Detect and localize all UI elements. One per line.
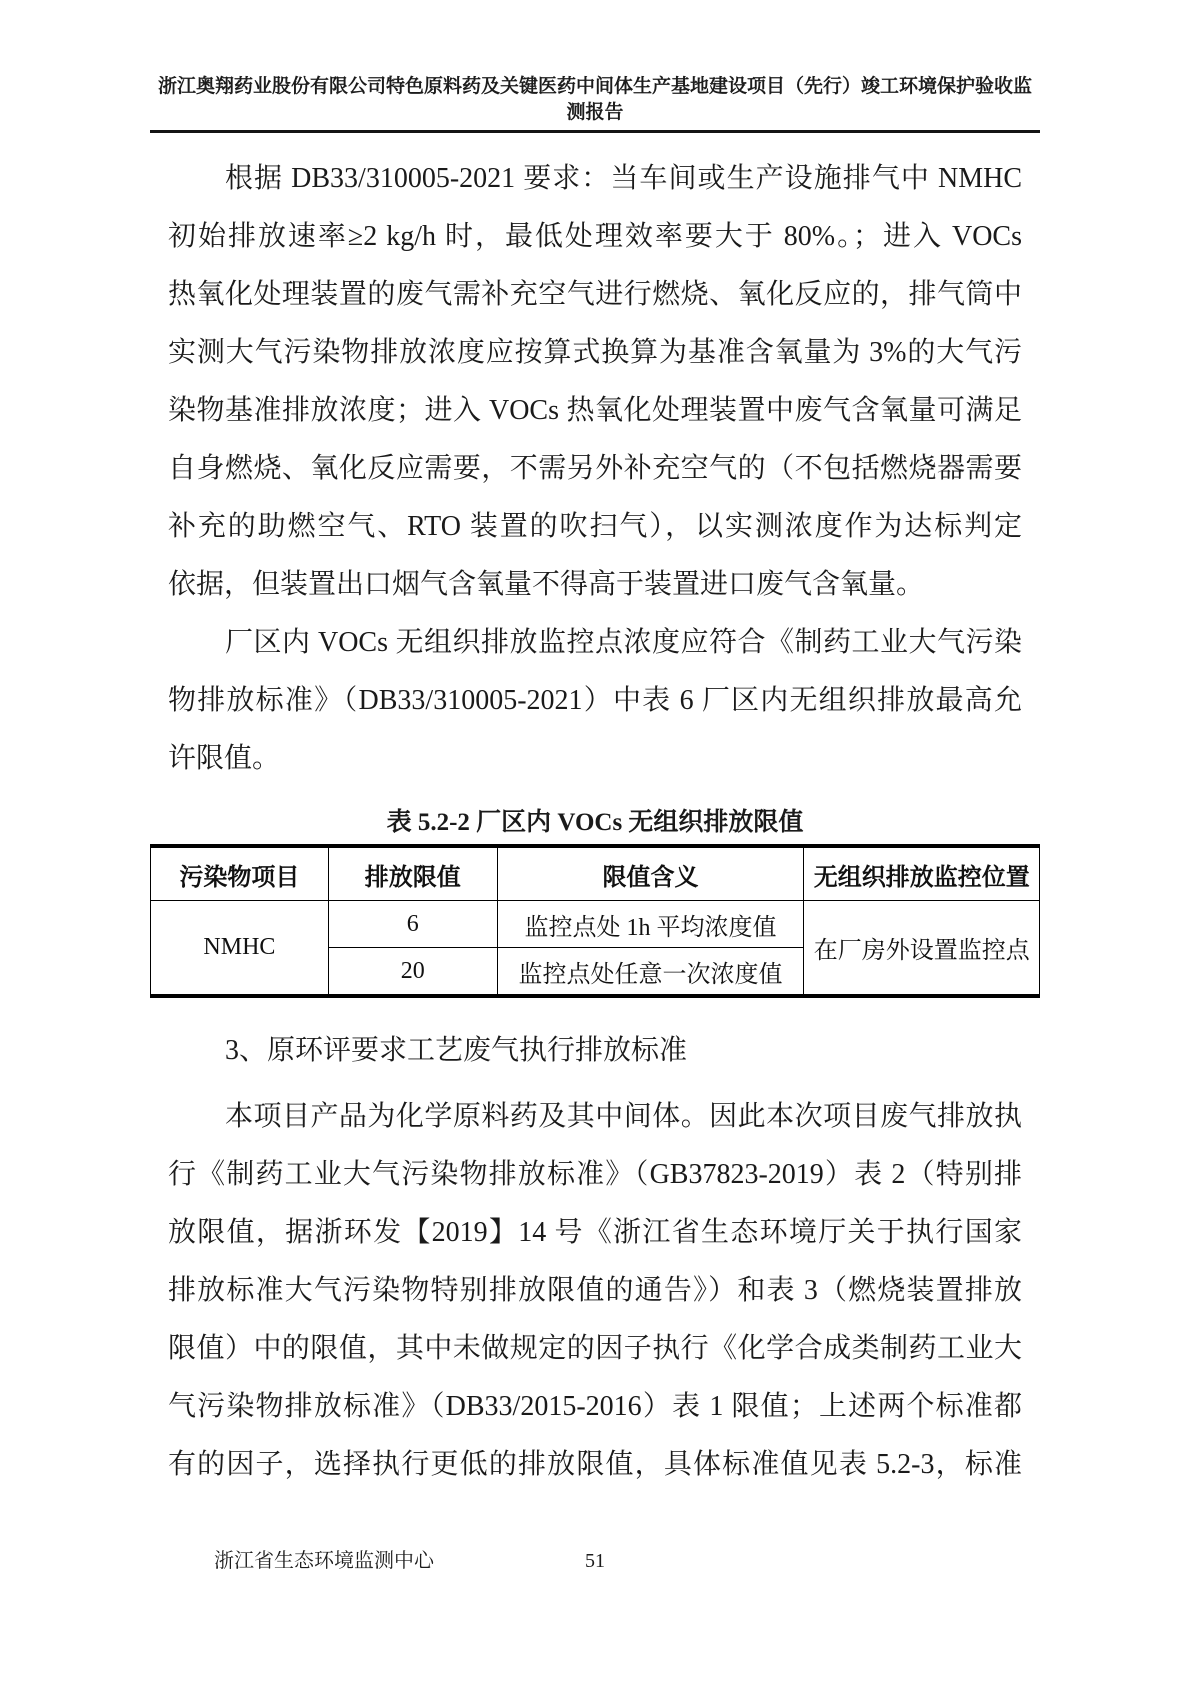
table-header-row: 污染物项目 排放限值 限值含义 无组织排放监控位置 bbox=[151, 846, 1040, 901]
paragraph-3: 本项目产品为化学原料药及其中间体。因此本次项目废气排放执 行《制药工业大气污染物… bbox=[168, 1088, 1022, 1494]
body-line: 厂区内 VOCs 无组织排放监控点浓度应符合《制药工业大气污染 bbox=[168, 614, 1022, 672]
voc-limits-table: 污染物项目 排放限值 限值含义 无组织排放监控位置 NMHC 6 监控点处 1h… bbox=[150, 844, 1040, 998]
section-heading-3: 3、原环评要求工艺废气执行排放标准 bbox=[168, 1022, 1022, 1080]
table-header-pollutant: 污染物项目 bbox=[151, 846, 329, 901]
table-header-meaning: 限值含义 bbox=[497, 846, 804, 901]
page-number: 51 bbox=[150, 1548, 1040, 1574]
body-line: 依据，但装置出口烟气含氧量不得高于装置进口废气含氧量。 bbox=[168, 556, 1022, 614]
table-header-location: 无组织排放监控位置 bbox=[804, 846, 1040, 901]
body-line: 实测大气污染物排放浓度应按算式换算为基准含氧量为 3%的大气污 bbox=[168, 324, 1022, 382]
body-line: 有的因子，选择执行更低的排放限值，具体标准值见表 5.2-3，标准 bbox=[168, 1436, 1022, 1494]
page-body: 根据 DB33/310005-2021 要求：当车间或生产设施排气中 NMHC … bbox=[168, 150, 1022, 1494]
body-line: 气污染物排放标准》（DB33/2015-2016）表 1 限值；上述两个标准都 bbox=[168, 1378, 1022, 1436]
body-line: 补充的助燃空气、RTO 装置的吹扫气），以实测浓度作为达标判定 bbox=[168, 498, 1022, 556]
cell-meaning: 监控点处 1h 平均浓度值 bbox=[497, 901, 804, 948]
cell-pollutant: NMHC bbox=[151, 901, 329, 997]
table-row: NMHC 6 监控点处 1h 平均浓度值 在厂房外设置监控点 bbox=[151, 901, 1040, 948]
body-line: 本项目产品为化学原料药及其中间体。因此本次项目废气排放执 bbox=[168, 1088, 1022, 1146]
body-line: 放限值，据浙环发【2019】14 号《浙江省生态环境厅关于执行国家 bbox=[168, 1204, 1022, 1262]
body-line: 许限值。 bbox=[168, 730, 1022, 788]
body-line: 物排放标准》（DB33/310005-2021）中表 6 厂区内无组织排放最高允 bbox=[168, 672, 1022, 730]
body-line: 热氧化处理装置的废气需补充空气进行燃烧、氧化反应的，排气筒中 bbox=[168, 266, 1022, 324]
cell-meaning: 监控点处任意一次浓度值 bbox=[497, 948, 804, 997]
body-line: 染物基准排放浓度；进入 VOCs 热氧化处理装置中废气含氧量可满足 bbox=[168, 382, 1022, 440]
cell-location: 在厂房外设置监控点 bbox=[804, 901, 1040, 997]
document-page: 浙江奥翔药业股份有限公司特色原料药及关键医药中间体生产基地建设项目（先行）竣工环… bbox=[0, 0, 1190, 1683]
body-line: 根据 DB33/310005-2021 要求：当车间或生产设施排气中 NMHC bbox=[168, 150, 1022, 208]
body-line: 限值）中的限值，其中未做规定的因子执行《化学合成类制药工业大 bbox=[168, 1320, 1022, 1378]
table-caption: 表 5.2-2 厂区内 VOCs 无组织排放限值 bbox=[150, 802, 1040, 844]
paragraph-2: 厂区内 VOCs 无组织排放监控点浓度应符合《制药工业大气污染 物排放标准》（D… bbox=[168, 614, 1022, 788]
header-rule bbox=[150, 130, 1040, 133]
body-line: 排放标准大气污染物特别排放限值的通告》）和表 3（燃烧装置排放 bbox=[168, 1262, 1022, 1320]
body-line: 初始排放速率≥2 kg/h 时，最低处理效率要大于 80%。；进入 VOCs bbox=[168, 208, 1022, 266]
body-line: 行《制药工业大气污染物排放标准》（GB37823-2019）表 2（特别排 bbox=[168, 1146, 1022, 1204]
paragraph-1: 根据 DB33/310005-2021 要求：当车间或生产设施排气中 NMHC … bbox=[168, 150, 1022, 614]
report-header-title: 浙江奥翔药业股份有限公司特色原料药及关键医药中间体生产基地建设项目（先行）竣工环… bbox=[150, 74, 1040, 126]
cell-limit: 6 bbox=[328, 901, 497, 948]
cell-limit: 20 bbox=[328, 948, 497, 997]
body-line: 自身燃烧、氧化反应需要，不需另外补充空气的（不包括燃烧器需要 bbox=[168, 440, 1022, 498]
table-header-limit: 排放限值 bbox=[328, 846, 497, 901]
